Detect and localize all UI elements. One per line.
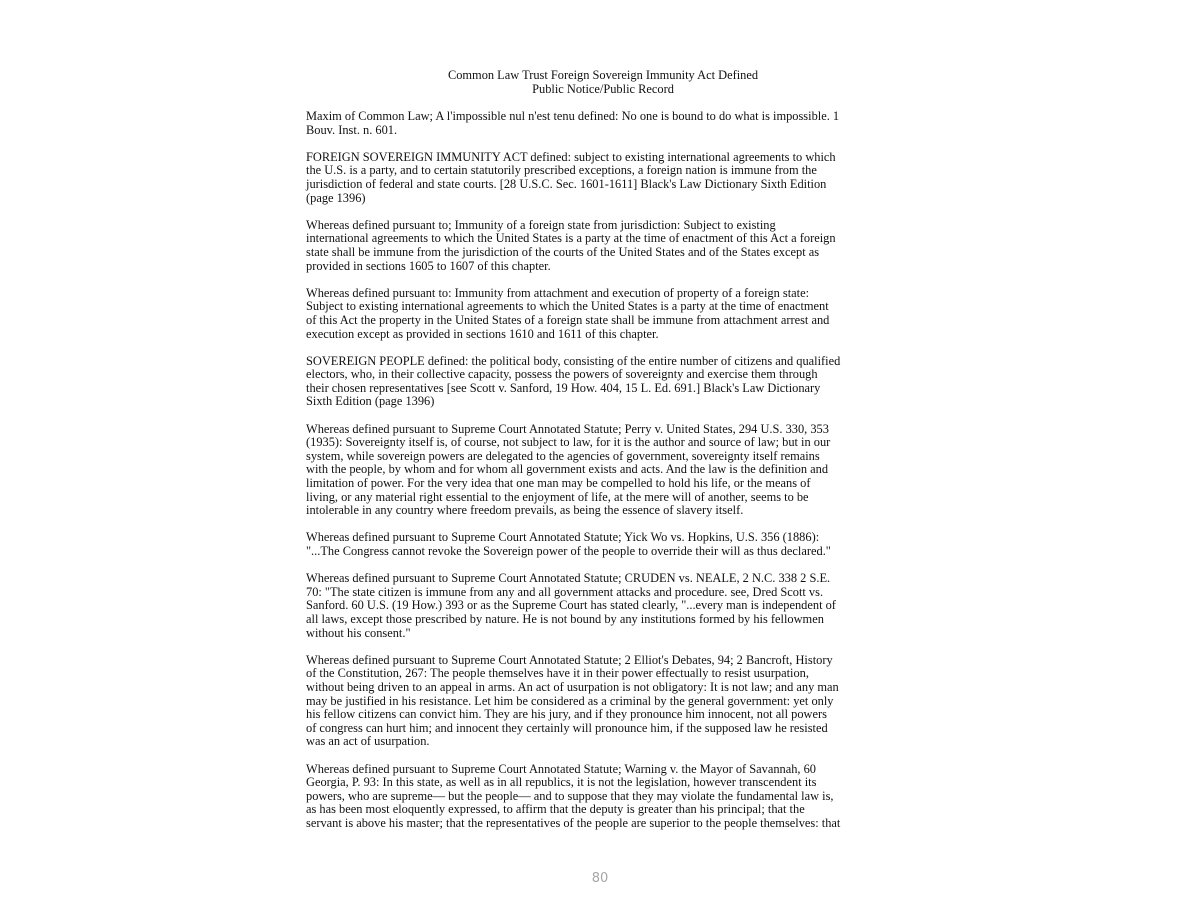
document-header: Common Law Trust Foreign Sovereign Immun…	[300, 69, 906, 96]
text-line: of this Act the property in the United S…	[306, 314, 906, 328]
text-line: with the people, by whom and for whom al…	[306, 463, 906, 477]
paragraph-immunity-attachment: Whereas defined pursuant to: Immunity fr…	[306, 287, 906, 341]
paragraph-sovereign-people: SOVEREIGN PEOPLE defined: the political …	[306, 355, 906, 409]
text-line: the U.S. is a party, and to certain stat…	[306, 164, 906, 178]
text-line: may be justified in his resistance. Let …	[306, 695, 906, 709]
text-line: Whereas defined pursuant to Supreme Cour…	[306, 654, 906, 668]
text-line: (page 1396)	[306, 192, 906, 206]
text-line: all laws, except those prescribed by nat…	[306, 613, 906, 627]
text-line: 70: "The state citizen is immune from an…	[306, 586, 906, 600]
text-line: Whereas defined pursuant to Supreme Cour…	[306, 763, 906, 777]
paragraph-elliots-debates: Whereas defined pursuant to Supreme Cour…	[306, 654, 906, 749]
document-page: Common Law Trust Foreign Sovereign Immun…	[306, 69, 906, 844]
text-line: Sixth Edition (page 1396)	[306, 395, 906, 409]
text-line: Georgia, P. 93: In this state, as well a…	[306, 776, 906, 790]
text-line: provided in sections 1605 to 1607 of thi…	[306, 260, 906, 274]
text-line: his fellow citizens can convict him. The…	[306, 708, 906, 722]
text-line: their chosen representatives [see Scott …	[306, 382, 906, 396]
text-line: Subject to existing international agreem…	[306, 300, 906, 314]
page-number: 80	[0, 871, 1200, 886]
document-subtitle: Public Notice/Public Record	[300, 83, 906, 97]
text-line: of the Constitution, 267: The people the…	[306, 667, 906, 681]
text-line: as has been most eloquently expressed, t…	[306, 803, 906, 817]
paragraph-cruden-v-neale: Whereas defined pursuant to Supreme Cour…	[306, 572, 906, 640]
text-line: limitation of power. For the very idea t…	[306, 477, 906, 491]
paragraph-perry-v-us: Whereas defined pursuant to Supreme Cour…	[306, 423, 906, 518]
text-line: Whereas defined pursuant to Supreme Cour…	[306, 423, 906, 437]
text-line: without being driven to an appeal in arm…	[306, 681, 906, 695]
text-line: international agreements to which the Un…	[306, 232, 906, 246]
text-line: FOREIGN SOVEREIGN IMMUNITY ACT defined: …	[306, 151, 906, 165]
text-line: Whereas defined pursuant to Supreme Cour…	[306, 531, 906, 545]
paragraph-immunity-jurisdiction: Whereas defined pursuant to; Immunity of…	[306, 219, 906, 273]
text-line: (1935): Sovereignty itself is, of course…	[306, 436, 906, 450]
text-line: electors, who, in their collective capac…	[306, 368, 906, 382]
text-line: of congress can hurt him; and innocent t…	[306, 722, 906, 736]
text-line: Bouv. Inst. n. 601.	[306, 124, 906, 138]
text-line: Whereas defined pursuant to: Immunity fr…	[306, 287, 906, 301]
paragraph-yick-wo: Whereas defined pursuant to Supreme Cour…	[306, 531, 906, 558]
paragraph-fsia-definition: FOREIGN SOVEREIGN IMMUNITY ACT defined: …	[306, 151, 906, 205]
text-line: execution except as provided in sections…	[306, 328, 906, 342]
document-title: Common Law Trust Foreign Sovereign Immun…	[300, 69, 906, 83]
text-line: Whereas defined pursuant to; Immunity of…	[306, 219, 906, 233]
paragraph-warning-v-savannah: Whereas defined pursuant to Supreme Cour…	[306, 763, 906, 831]
text-line: "...The Congress cannot revoke the Sover…	[306, 545, 906, 559]
text-line: Whereas defined pursuant to Supreme Cour…	[306, 572, 906, 586]
text-line: servant is above his master; that the re…	[306, 817, 906, 831]
text-line: Maxim of Common Law; A l'impossible nul …	[306, 110, 906, 124]
paragraph-maxim: Maxim of Common Law; A l'impossible nul …	[306, 110, 906, 137]
text-line: state shall be immune from the jurisdict…	[306, 246, 906, 260]
text-line: system, while sovereign powers are deleg…	[306, 450, 906, 464]
text-line: was an act of usurpation.	[306, 735, 906, 749]
text-line: intolerable in any country where freedom…	[306, 504, 906, 518]
text-line: SOVEREIGN PEOPLE defined: the political …	[306, 355, 906, 369]
text-line: jurisdiction of federal and state courts…	[306, 178, 906, 192]
text-line: without his consent."	[306, 627, 906, 641]
text-line: living, or any material right essential …	[306, 491, 906, 505]
text-line: powers, who are supreme— but the people—…	[306, 790, 906, 804]
text-line: Sanford. 60 U.S. (19 How.) 393 or as the…	[306, 599, 906, 613]
